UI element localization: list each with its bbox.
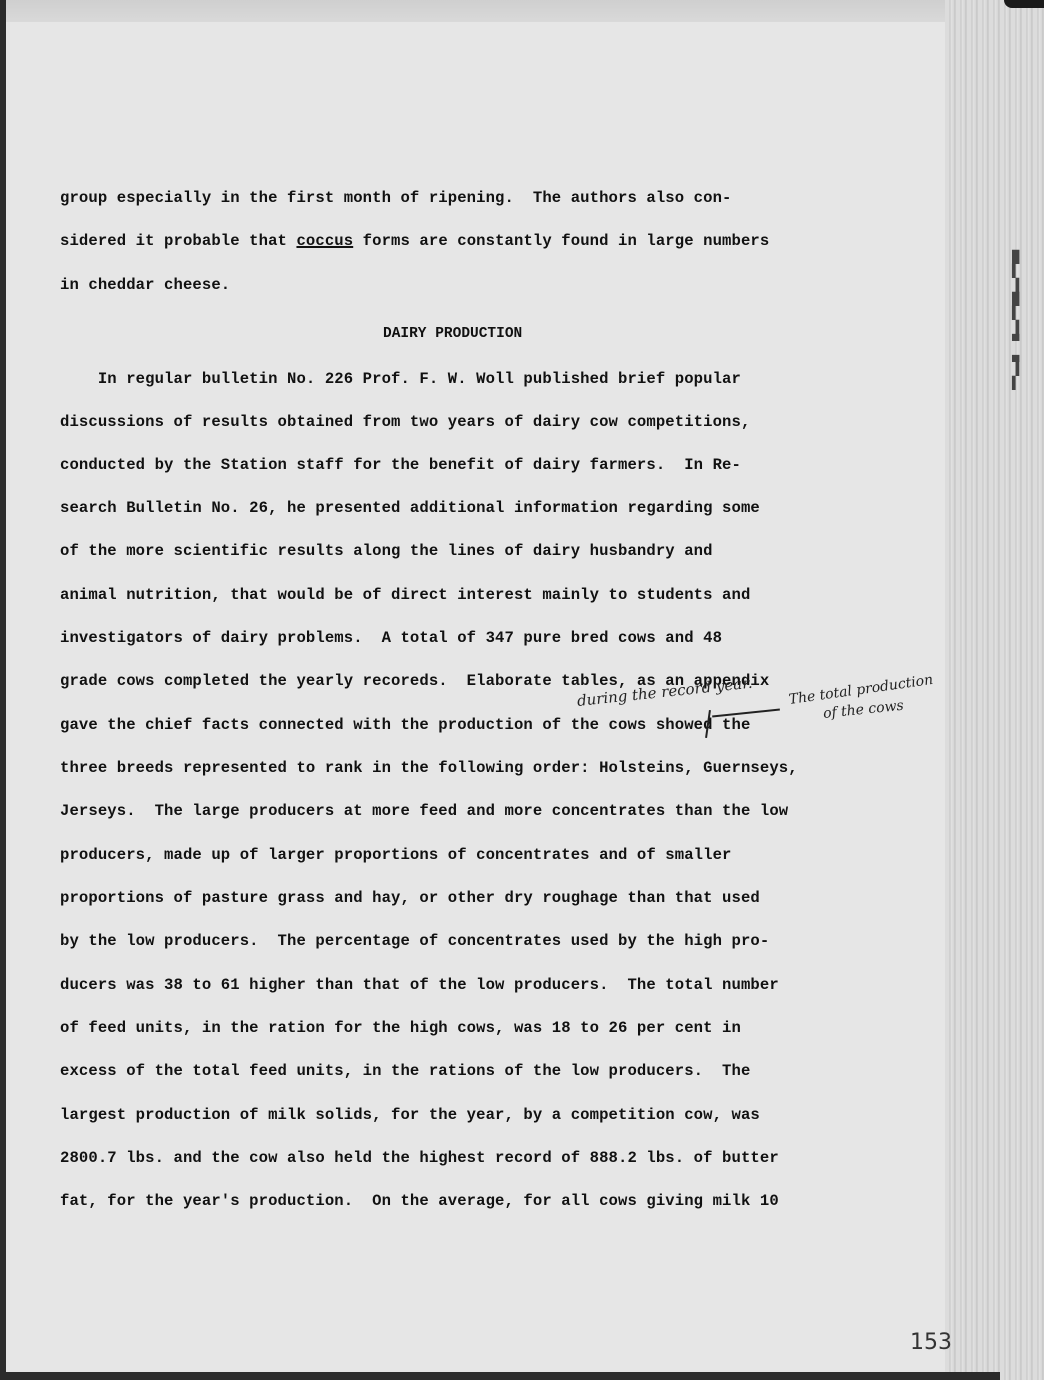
text-line: three breeds represented to rank in the … [60, 758, 798, 778]
text-line: conducted by the Station staff for the b… [60, 455, 741, 475]
text-line: sidered it probable that coccus forms ar… [60, 231, 769, 251]
page-number: 153 [910, 1330, 952, 1355]
text-line: fat, for the year's production. On the a… [60, 1191, 779, 1211]
text-line: by the low producers. The percentage of … [60, 931, 769, 951]
section-heading: DAIRY PRODUCTION [383, 326, 522, 342]
text-line: of the more scientific results along the… [60, 541, 713, 561]
scanned-page: █▌▐█▌▐▀▄▐▌ group especially in the first… [0, 0, 1044, 1380]
text-line: in cheddar cheese. [60, 275, 230, 295]
text-line: excess of the total feed units, in the r… [60, 1061, 750, 1081]
text-line: proportions of pasture grass and hay, or… [60, 888, 760, 908]
text-line: gave the chief facts connected with the … [60, 715, 750, 735]
text-line: investigators of dairy problems. A total… [60, 628, 722, 648]
stack-top-shadow [1004, 0, 1044, 8]
page-edge-marks: █▌▐█▌▐▀▄▐▌ [1012, 250, 1020, 390]
text-line: of feed units, in the ration for the hig… [60, 1018, 741, 1038]
text-line: search Bulletin No. 26, he presented add… [60, 498, 760, 518]
text-line: Jerseys. The large producers at more fee… [60, 801, 788, 821]
text-span: forms are constantly found in large numb… [353, 232, 769, 250]
text-line: largest production of milk solids, for t… [60, 1105, 760, 1125]
scan-bottom-edge [0, 1372, 1000, 1380]
text-line: group especially in the first month of r… [60, 188, 732, 208]
scan-left-edge [0, 0, 6, 1380]
text-line: ducers was 38 to 61 higher than that of … [60, 975, 779, 995]
underlined-term: coccus [296, 232, 353, 250]
book-page-stack [945, 0, 1044, 1380]
text-line: 2800.7 lbs. and the cow also held the hi… [60, 1148, 779, 1168]
text-span: sidered it probable that [60, 232, 296, 250]
text-line: discussions of results obtained from two… [60, 412, 750, 432]
text-line: animal nutrition, that would be of direc… [60, 585, 750, 605]
text-line: In regular bulletin No. 226 Prof. F. W. … [60, 369, 741, 389]
scan-top-edge [0, 0, 1044, 22]
text-line: producers, made up of larger proportions… [60, 845, 732, 865]
